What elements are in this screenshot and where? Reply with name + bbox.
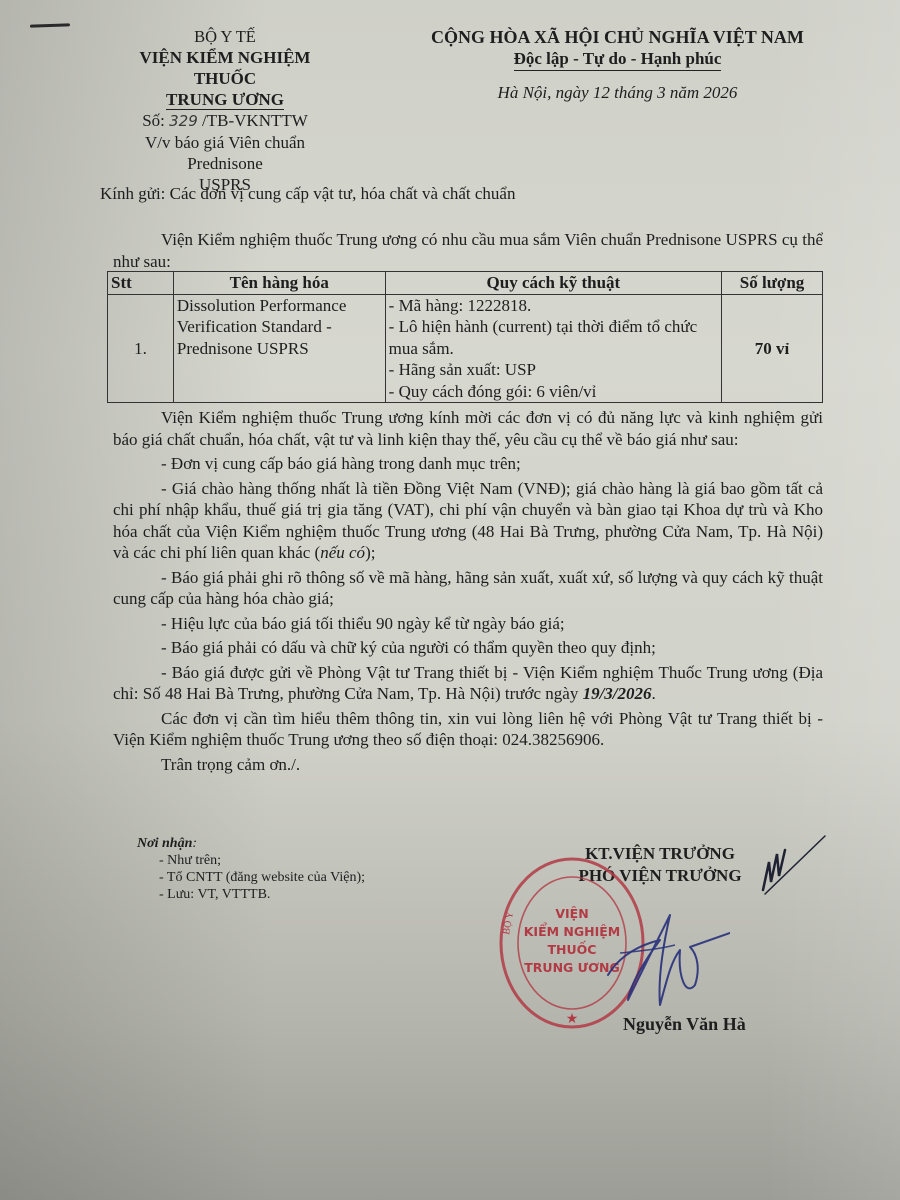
goods-table: Stt Tên hàng hóa Quy cách kỹ thuật Số lư… <box>107 271 823 403</box>
national-header: CỘNG HÒA XÃ HỘI CHỦ NGHĨA VIỆT NAM Độc l… <box>405 26 830 103</box>
table-header-row: Stt Tên hàng hóa Quy cách kỹ thuật Số lư… <box>108 272 823 295</box>
deadline-date: 19/3/2026 <box>583 684 652 703</box>
handwritten-number: 329 <box>169 112 198 130</box>
handwritten-signature <box>600 905 730 1015</box>
request-body: Viện Kiểm nghiệm thuốc Trung ương kính m… <box>113 407 823 775</box>
institute-name-line1: VIỆN KIỂM NGHIỆM THUỐC <box>110 47 340 89</box>
requirement-3: - Báo giá phải ghi rõ thông số về mã hàn… <box>113 567 823 610</box>
spec-line: - Quy cách đóng gói: 6 viên/vỉ <box>389 381 718 403</box>
salutation: Kính gửi: Các đơn vị cung cấp vật tư, hó… <box>100 183 830 205</box>
requirement-2: - Giá chào hàng thống nhất là tiền Đồng … <box>113 478 823 564</box>
col-header-name: Tên hàng hóa <box>173 272 385 295</box>
recipient-item: - Lưu: VT, VTTTB. <box>137 886 365 903</box>
recipients-block: Nơi nhận: - Như trên; - Tổ CNTT (đăng we… <box>137 835 365 903</box>
requirement-5: - Báo giá phải có dấu và chữ ký của ngườ… <box>113 637 823 659</box>
corner-mark <box>30 23 70 27</box>
col-header-stt: Stt <box>108 272 174 295</box>
cell-stt: 1. <box>108 294 174 403</box>
nation-title: CỘNG HÒA XÃ HỘI CHỦ NGHĨA VIỆT NAM <box>405 26 830 48</box>
signature-icon <box>600 905 730 1015</box>
signer-name: Nguyễn Văn Hà <box>623 1014 746 1035</box>
ministry-name: BỘ Y TẾ <box>110 26 340 47</box>
cell-specs: - Mã hàng: 1222818. - Lô hiện hành (curr… <box>385 294 721 403</box>
table-row: 1. Dissolution Performance Verification … <box>108 294 823 403</box>
requirement-6: - Báo giá được gửi về Phòng Vật tư Trang… <box>113 662 823 705</box>
cell-item-name: Dissolution Performance Verification Sta… <box>173 294 385 403</box>
recipient-item: - Như trên; <box>137 852 365 869</box>
document-number: Số: 329 /TB-VKNTTW <box>110 110 340 132</box>
col-header-specs: Quy cách kỹ thuật <box>385 272 721 295</box>
recipient-item: - Tổ CNTT (đăng website của Viện); <box>137 869 365 886</box>
intro-paragraph: Viện Kiểm nghiệm thuốc Trung ương có nhu… <box>113 229 823 272</box>
contact-paragraph: Các đơn vị cần tìm hiểu thêm thông tin, … <box>113 708 823 751</box>
closing-line: Trân trọng cảm ơn./. <box>113 754 823 776</box>
place-date: Hà Nội, ngày 12 tháng 3 năm 2026 <box>405 83 830 103</box>
initials-signature <box>755 832 830 902</box>
recipients-title: Nơi nhận <box>137 836 192 851</box>
cell-quantity: 70 vỉ <box>722 294 823 403</box>
institute-name-line2: TRUNG ƯƠNG <box>166 90 284 110</box>
invite-paragraph: Viện Kiểm nghiệm thuốc Trung ương kính m… <box>113 407 823 450</box>
subject-line1: V/v báo giá Viên chuẩn Prednisone <box>110 132 340 174</box>
initials-signature-icon <box>755 832 830 902</box>
col-header-quantity: Số lượng <box>722 272 823 295</box>
issuer-header: BỘ Y TẾ VIỆN KIỂM NGHIỆM THUỐC TRUNG ƯƠN… <box>110 26 340 195</box>
national-motto: Độc lập - Tự do - Hạnh phúc <box>514 48 722 71</box>
spec-line: - Mã hàng: 1222818. <box>389 295 718 317</box>
requirement-4: - Hiệu lực của báo giá tối thiểu 90 ngày… <box>113 613 823 635</box>
svg-text:★: ★ <box>566 1012 579 1027</box>
requirement-1: - Đơn vị cung cấp báo giá hàng trong dan… <box>113 453 823 475</box>
spec-line: - Lô hiện hành (current) tại thời điểm t… <box>389 316 718 359</box>
spec-line: - Hãng sản xuất: USP <box>389 359 718 381</box>
